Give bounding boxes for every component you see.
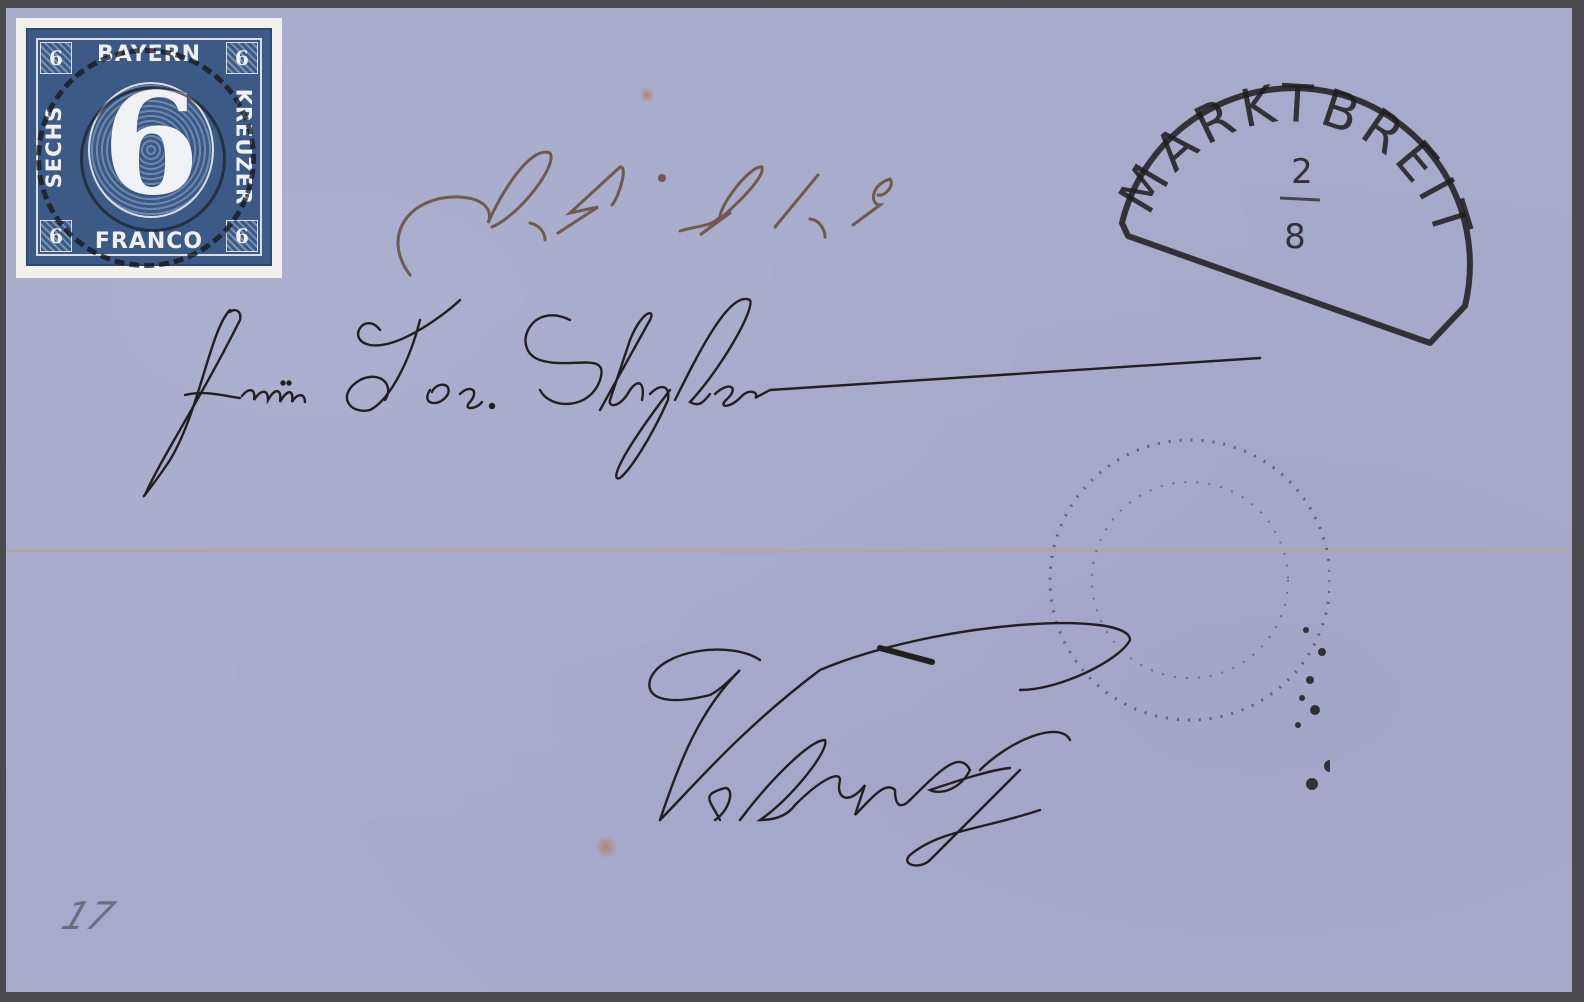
- rate-note: l.5 & 1.9: [0, 0, 1, 1]
- addressee-name: Jos. Stigler: [0, 0, 1, 1]
- cancel-inner-ring: [80, 86, 226, 232]
- svg-text:8: 8: [1284, 217, 1306, 257]
- rate-note-handwriting-icon: [380, 135, 980, 285]
- foxing-spot: [640, 86, 654, 104]
- stamp-corner-numeral: 6: [226, 42, 258, 74]
- destination-handwriting-icon: [640, 620, 1160, 880]
- foxing-spot: [594, 836, 618, 858]
- svg-text:2: 2: [1291, 152, 1313, 192]
- salutation: Herrn: [0, 0, 1, 1]
- stamp-corner-numeral: 6: [40, 42, 72, 74]
- address-handwriting-icon: [130, 290, 1290, 510]
- postage-stamp: 6 6 6 6 BAYERN SECHS KREUZER FRANCO 6: [16, 18, 282, 278]
- fold-line: [6, 548, 1572, 553]
- destination-town: Vellburg: [0, 0, 1, 1]
